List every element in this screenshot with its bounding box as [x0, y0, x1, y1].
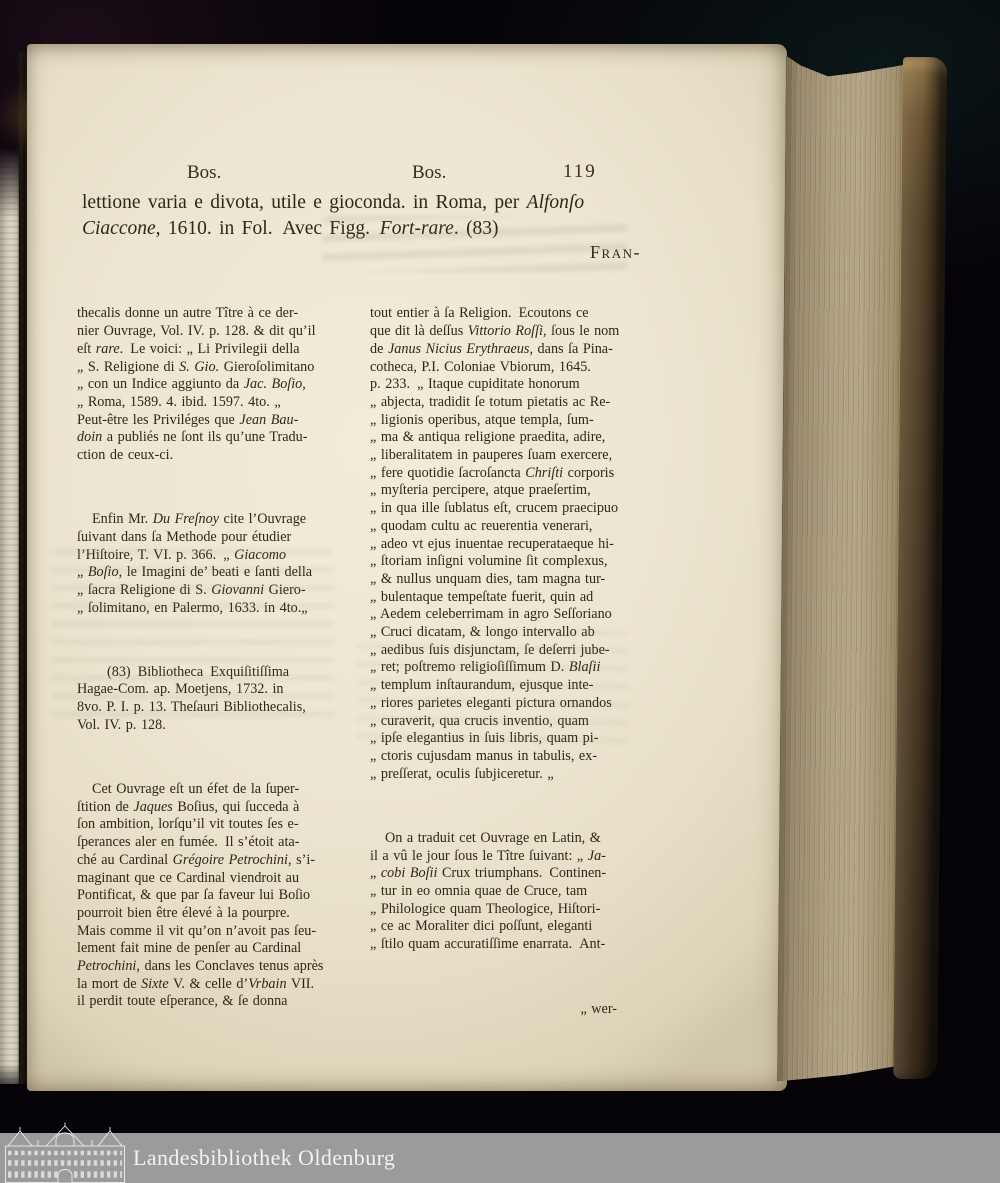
scan-background: Bos. Bos. 119 lettione varia e divota, u… — [0, 0, 1000, 1183]
paragraph-continuation: tout entier à ſa Religion. Ecoutons ce q… — [370, 305, 643, 783]
left-column: thecalis donne un autre Tître à ce der- … — [77, 270, 357, 1058]
book-cover-edge — [893, 57, 947, 1079]
paragraph: Cet Ouvrage eſt un éfet de la ſuper- ſti… — [77, 781, 357, 1011]
catchword-bottom: „ wer- — [370, 1001, 643, 1019]
paragraph: Enfin Mr. Du Freſnoy cite l’Ouvrage ſuiv… — [77, 511, 357, 617]
catchword-top: Fran- — [327, 242, 641, 263]
book-page: Bos. Bos. 119 lettione varia e divota, u… — [27, 44, 787, 1091]
library-name: Landesbibliothek Oldenburg — [133, 1145, 395, 1171]
text-columns: thecalis donne un autre Tître à ce der- … — [77, 270, 643, 1058]
footnote-paragraph: (83) Bibliotheca Exquiſitiſſima Hagae-Co… — [77, 664, 357, 735]
page-number: 119 — [563, 161, 597, 183]
running-title-left: Bos. — [187, 162, 221, 184]
library-brand-bar: Landesbibliothek Oldenburg — [0, 1133, 1000, 1183]
intro-paragraph: lettione varia e divota, utile e giocond… — [82, 190, 638, 242]
right-column: tout entier à ſa Religion. Ecoutons ce q… — [370, 270, 643, 1058]
book-fore-edge — [777, 50, 910, 1082]
paragraph: On a traduit cet Ouvrage en Latin, & il … — [370, 830, 643, 954]
running-title-right: Bos. — [412, 162, 446, 184]
paragraph-continuation: thecalis donne un autre Tître à ce der- … — [77, 305, 357, 464]
library-building-icon — [4, 1122, 126, 1183]
